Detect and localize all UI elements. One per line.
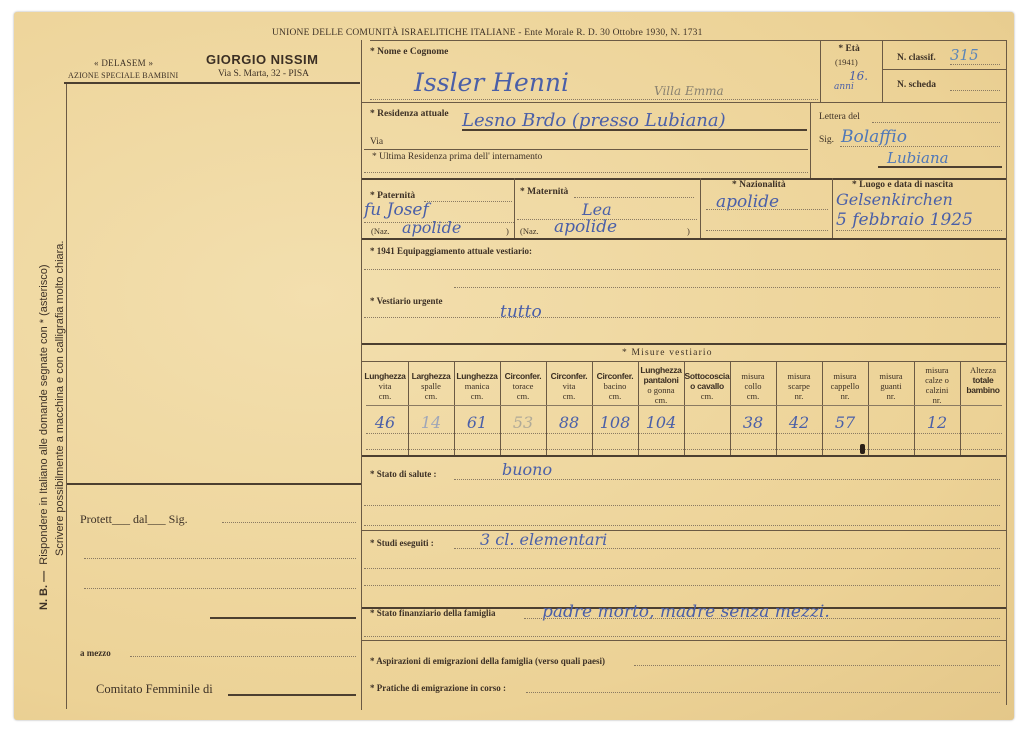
equip-dotline-2 — [454, 287, 1000, 288]
salute-dotline-2 — [364, 505, 1000, 506]
misure-value[interactable]: 57 — [822, 413, 868, 432]
misure-value-dotline — [366, 433, 1002, 434]
side-note-line1: Rispondere in Italiano alle domande segn… — [38, 265, 50, 565]
pratiche-label: * Pratiche di emigrazione in corso : — [370, 683, 506, 693]
misure-value[interactable]: 38 — [730, 413, 776, 432]
scheda-label: N. scheda — [897, 80, 936, 90]
eta-unit: anni — [834, 82, 854, 92]
misure-title: * Misure vestiario — [622, 348, 713, 358]
via-rule — [364, 149, 808, 150]
left-border — [66, 84, 67, 709]
misure-value[interactable]: 104 — [638, 413, 684, 432]
misure-value[interactable]: 12 — [914, 413, 960, 432]
classif-value[interactable]: 315 — [950, 46, 979, 64]
finanze-rule — [362, 640, 1006, 641]
misure-col-header: Lunghezza pantalonio gonnacm. — [638, 365, 684, 405]
urgente-label: * Vestiario urgente — [370, 296, 443, 306]
eta-value[interactable]: 16. — [849, 69, 868, 83]
vestiario-rule — [362, 343, 1006, 345]
eta-label: * Età — [834, 44, 864, 54]
sig-city[interactable]: Lubiana — [887, 149, 949, 167]
paternita-divider — [514, 178, 515, 238]
maternita-naz-label: (Naz. — [520, 226, 539, 236]
nazionalita-dotline — [706, 209, 828, 210]
classif-rule — [883, 69, 1006, 70]
eta-divider — [820, 40, 821, 102]
nome-note: Villa Emma — [654, 84, 724, 98]
residenza-label: * Residenza attuale — [370, 109, 449, 119]
a-mezzo-dotline — [130, 656, 356, 657]
misure-value[interactable]: 108 — [592, 413, 638, 432]
maternita-dotline — [574, 197, 694, 198]
studi-dotline-3 — [364, 585, 1000, 586]
paternita-naz-close: ) — [506, 226, 509, 236]
misure-col-header: Larghezzaspallecm. — [408, 371, 454, 401]
side-note: N. B. — Rispondere in Italiano alle doma… — [36, 190, 68, 610]
nome-rule — [362, 102, 1006, 103]
pratiche-dotline — [526, 692, 1000, 693]
equip-dotline — [364, 269, 1000, 270]
urgente-value[interactable]: tutto — [500, 302, 542, 322]
equip-label: * 1941 Equipaggiamento attuale vestiario… — [370, 246, 532, 256]
paternita-naz[interactable]: apolide — [402, 218, 461, 237]
protett-dotline — [222, 522, 356, 523]
salute-rule — [362, 530, 1006, 531]
sig-value[interactable]: Bolaffio — [841, 127, 907, 147]
sig-label: Sig. — [819, 135, 834, 145]
nazionalita-dotline-2 — [706, 230, 828, 231]
paternita-value[interactable]: fu Josef — [364, 200, 429, 220]
misure-unit-rule — [366, 405, 1002, 406]
comitato-rule — [228, 694, 356, 696]
nascita-date[interactable]: 5 febbraio 1925 — [836, 210, 973, 230]
misure-col-header: Circonfer.vitacm. — [546, 371, 592, 401]
studi-dotline — [454, 548, 1000, 549]
misure-bottom-rule — [362, 455, 1006, 457]
ultima-dotline — [364, 172, 808, 173]
salute-label: * Stato di salute : — [370, 469, 437, 479]
studi-dotline-2 — [364, 568, 1000, 569]
residenza-value[interactable]: Lesno Brdo (presso Lubiana) — [462, 110, 726, 131]
misure-value[interactable]: 42 — [776, 413, 822, 432]
right-border — [1006, 40, 1007, 705]
lettera-divider — [810, 102, 811, 178]
maternita-naz-close: ) — [687, 226, 690, 236]
misure-col-header: misuracollocm. — [730, 371, 776, 401]
protett-dotline-2 — [84, 558, 356, 559]
studi-value[interactable]: 3 cl. elementari — [480, 530, 607, 549]
signature-rule — [210, 617, 356, 619]
misure-col-header: Circonfer.bacinocm. — [592, 371, 638, 401]
misure-col-header: misuracappellonr. — [822, 371, 868, 401]
scheda-dotline — [950, 90, 1000, 91]
misure-col-header: misuraguantinr. — [868, 371, 914, 401]
aspirazioni-label: * Aspirazioni di emigrazioni della famig… — [370, 656, 605, 666]
misure-value[interactable]: 14 — [408, 413, 454, 432]
misure-col-header: Sottocosciao cavallocm. — [684, 371, 730, 401]
urgente-dotline — [364, 317, 1000, 318]
finanze-label: * Stato finanziario della famiglia — [370, 608, 496, 618]
salute-value[interactable]: buono — [502, 460, 552, 479]
protett-label: Protett___ dal___ Sig. — [80, 512, 188, 527]
left-top-rule — [64, 82, 360, 84]
eta-year: (1941) — [835, 57, 858, 67]
nazionalita-divider — [832, 178, 833, 238]
classif-divider — [882, 40, 883, 102]
misure-col-header: Circonfer.toracecm. — [500, 371, 546, 401]
misure-col-header: Altezzatotale bambino — [960, 365, 1006, 395]
side-note-prefix: N. B. — — [38, 571, 50, 610]
left-mid-rule — [67, 483, 361, 485]
classif-label: N. classif. — [897, 53, 936, 63]
salute-dotline — [454, 479, 1000, 480]
nascita-dotline — [836, 230, 1002, 231]
misure-col-header: Lunghezzamanicacm. — [454, 371, 500, 401]
contact-address: Via S. Marta, 32 - PISA — [218, 69, 309, 79]
studi-label: * Studi eseguiti : — [370, 538, 434, 548]
misure-value-dotline-2 — [366, 449, 1002, 450]
a-mezzo-label: a mezzo — [80, 648, 111, 658]
paternita-naz-label: (Naz. — [371, 226, 390, 236]
nome-value[interactable]: Issler Henni — [414, 68, 569, 97]
lettera-label: Lettera del — [819, 112, 860, 122]
nome-dotline — [370, 99, 818, 100]
organization-header: UNIONE DELLE COMUNITÀ ISRAELITICHE ITALI… — [272, 28, 703, 38]
salute-dotline-3 — [364, 525, 1000, 526]
ink-blot — [860, 444, 865, 454]
protett-dotline-3 — [84, 588, 356, 589]
nascita-label: * Luogo e data di nascita — [852, 180, 953, 190]
nascita-place[interactable]: Gelsenkirchen — [836, 190, 953, 209]
misure-col-header: misuracalze o calzininr. — [914, 365, 960, 405]
finanze-value[interactable]: padre morto, madre senza mezzi. — [542, 602, 830, 622]
sig-city-underline — [878, 166, 1002, 168]
contact-name: GIORGIO NISSIM — [206, 52, 318, 67]
misure-value[interactable]: 53 — [500, 413, 546, 432]
anagrafica-rule — [362, 238, 1006, 240]
nome-label: * Nome e Cognome — [370, 47, 448, 57]
misure-value[interactable]: 88 — [546, 413, 592, 432]
maternita-label: * Maternità — [520, 187, 568, 197]
misure-value[interactable]: 46 — [362, 413, 408, 432]
lettera-dotline — [872, 122, 1000, 123]
classif-dotline — [950, 64, 1000, 65]
registration-card: UNIONE DELLE COMUNITÀ ISRAELITICHE ITALI… — [14, 12, 1014, 720]
top-rule — [370, 40, 1006, 41]
ultima-label: * Ultima Residenza prima dell' intername… — [372, 152, 542, 162]
delasem-label: « DELASEM » — [94, 58, 153, 68]
via-label: Via — [370, 137, 383, 147]
misure-table: Lunghezzavitacm. Larghezzaspallecm. Lung… — [362, 361, 1006, 455]
misure-col-header: Lunghezzavitacm. — [362, 371, 408, 401]
finanze-dotline — [524, 618, 1000, 619]
azione-label: AZIONE SPECIALE BAMBINI — [68, 71, 178, 80]
maternita-divider — [700, 178, 701, 238]
sig-dotline — [840, 146, 1000, 147]
aspirazioni-dotline — [634, 665, 1000, 666]
residenza-underline — [462, 129, 807, 131]
misure-value[interactable]: 61 — [454, 413, 500, 432]
finanze-dotline-2 — [364, 636, 1000, 637]
maternita-naz[interactable]: apolide — [554, 217, 617, 237]
comitato-label: Comitato Femminile di — [96, 682, 213, 697]
misure-col-header: misurascarpenr. — [776, 371, 822, 401]
paternita-dotline — [424, 201, 512, 202]
nazionalita-label: * Nazionalità — [732, 180, 786, 190]
